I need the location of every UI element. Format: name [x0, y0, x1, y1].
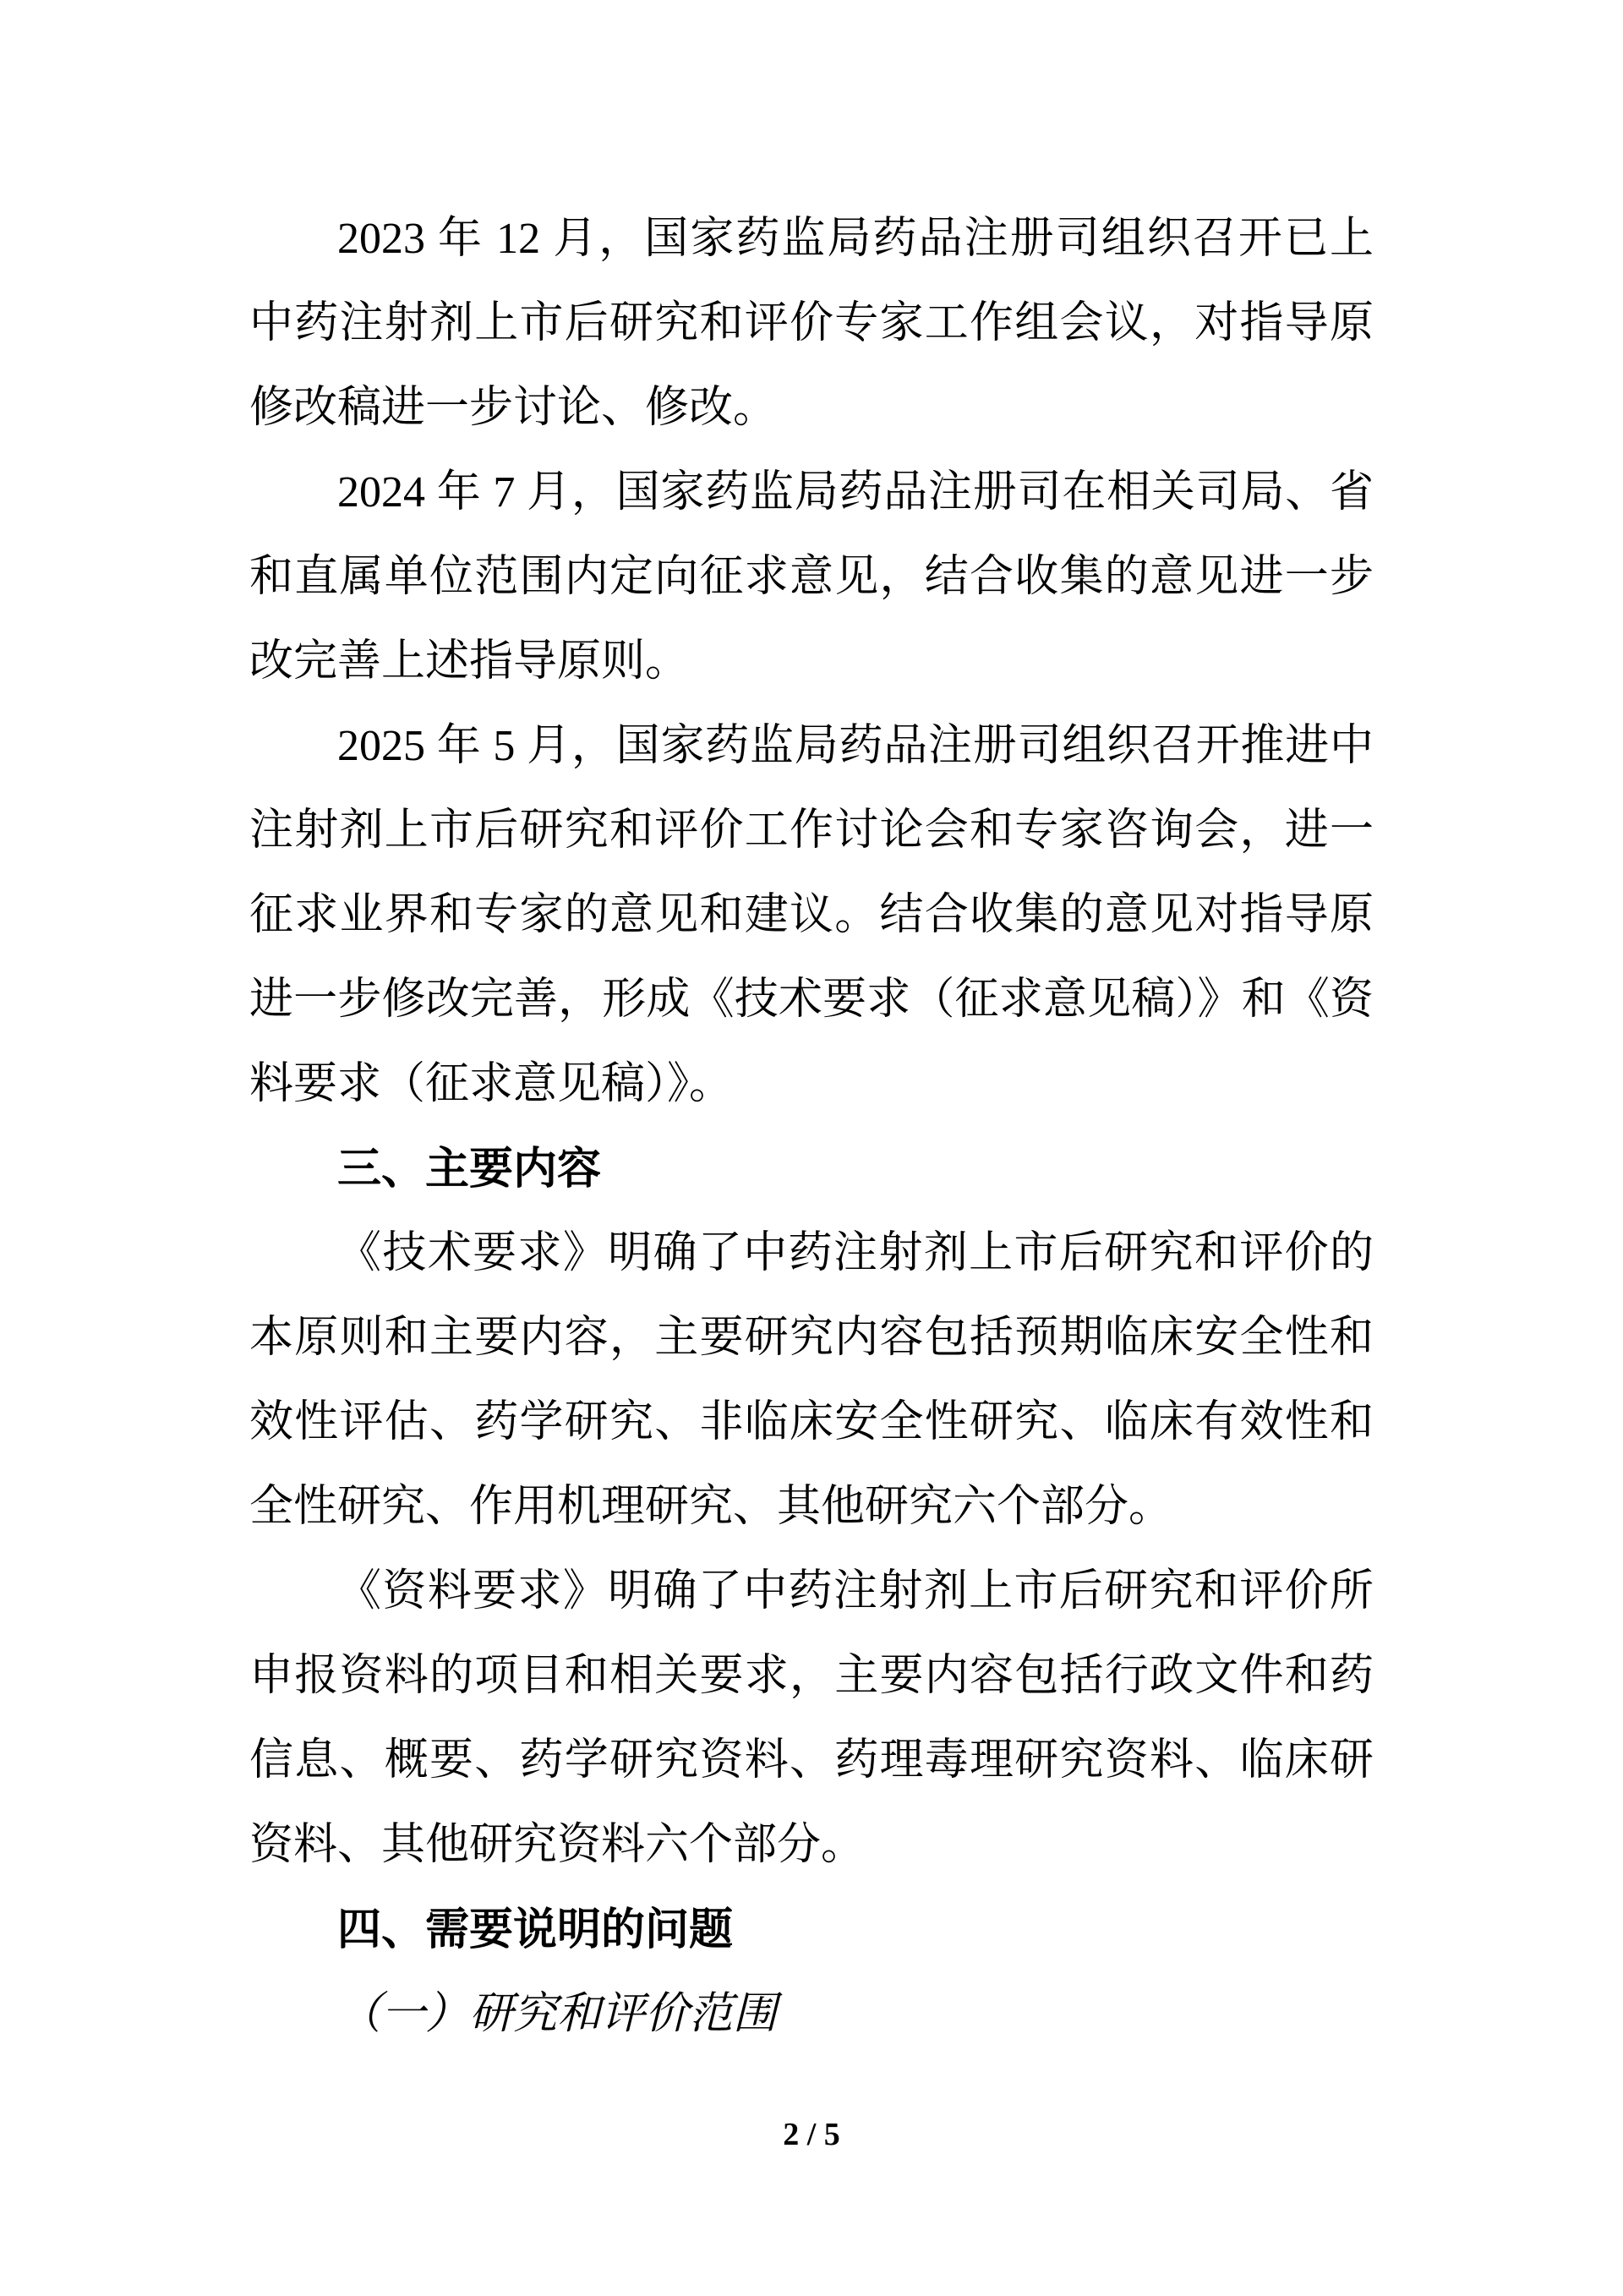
body-text-line: 中药注射剂上市后研究和评价专家工作组会议，对指导原则 — [249, 282, 1374, 366]
body-text-line: 资料、其他研究资料六个部分。 — [249, 1803, 1374, 1888]
body-text-line: 改完善上述指导原则。 — [249, 620, 1374, 704]
body-text-line: 信息、概要、药学研究资料、药理毒理研究资料、临床研究 — [249, 1719, 1374, 1803]
subsection-heading: （一）研究和评价范围 — [249, 1972, 1374, 2057]
body-text-line: 申报资料的项目和相关要求，主要内容包括行政文件和药品 — [249, 1634, 1374, 1719]
body-text-line: 本原则和主要内容，主要研究内容包括预期临床安全性和有 — [249, 1296, 1374, 1380]
body-text-line: 注射剂上市后研究和评价工作讨论会和专家咨询会，进一步 — [249, 789, 1374, 873]
section-heading: 四、需要说明的问题 — [249, 1888, 1374, 1972]
body-text-line: 修改稿进一步讨论、修改。 — [249, 366, 1374, 451]
body-text-line: 2025 年 5 月，国家药监局药品注册司组织召开推进中药 — [249, 704, 1374, 789]
body-text-line: 进一步修改完善，形成《技术要求（征求意见稿）》和《资 — [249, 958, 1374, 1042]
page-number: 2 / 5 — [783, 2117, 840, 2152]
body-text-line: 料要求（征求意见稿）》。 — [249, 1042, 1374, 1127]
body-text-line: 效性评估、药学研究、非临床安全性研究、临床有效性和安 — [249, 1380, 1374, 1465]
body-text-line: 2024 年 7 月，国家药监局药品注册司在相关司局、省局 — [249, 451, 1374, 535]
document-page: 2023 年 12 月，国家药监局药品注册司组织召开已上市中药注射剂上市后研究和… — [0, 0, 1623, 2296]
body-text-line: 《技术要求》明确了中药注射剂上市后研究和评价的基 — [249, 1211, 1374, 1296]
page-footer: 2 / 5 — [0, 2109, 1623, 2160]
body-text-line: 征求业界和专家的意见和建议。结合收集的意见对指导原则 — [249, 873, 1374, 958]
body-text-line: 2023 年 12 月，国家药监局药品注册司组织召开已上市 — [249, 197, 1374, 282]
document-body: 2023 年 12 月，国家药监局药品注册司组织召开已上市中药注射剂上市后研究和… — [249, 197, 1374, 2057]
body-text-line: 和直属单位范围内定向征求意见，结合收集的意见进一步修 — [249, 535, 1374, 620]
section-heading: 三、主要内容 — [249, 1127, 1374, 1211]
body-text-line: 全性研究、作用机理研究、其他研究六个部分。 — [249, 1465, 1374, 1550]
body-text-line: 《资料要求》明确了中药注射剂上市后研究和评价所需 — [249, 1550, 1374, 1634]
